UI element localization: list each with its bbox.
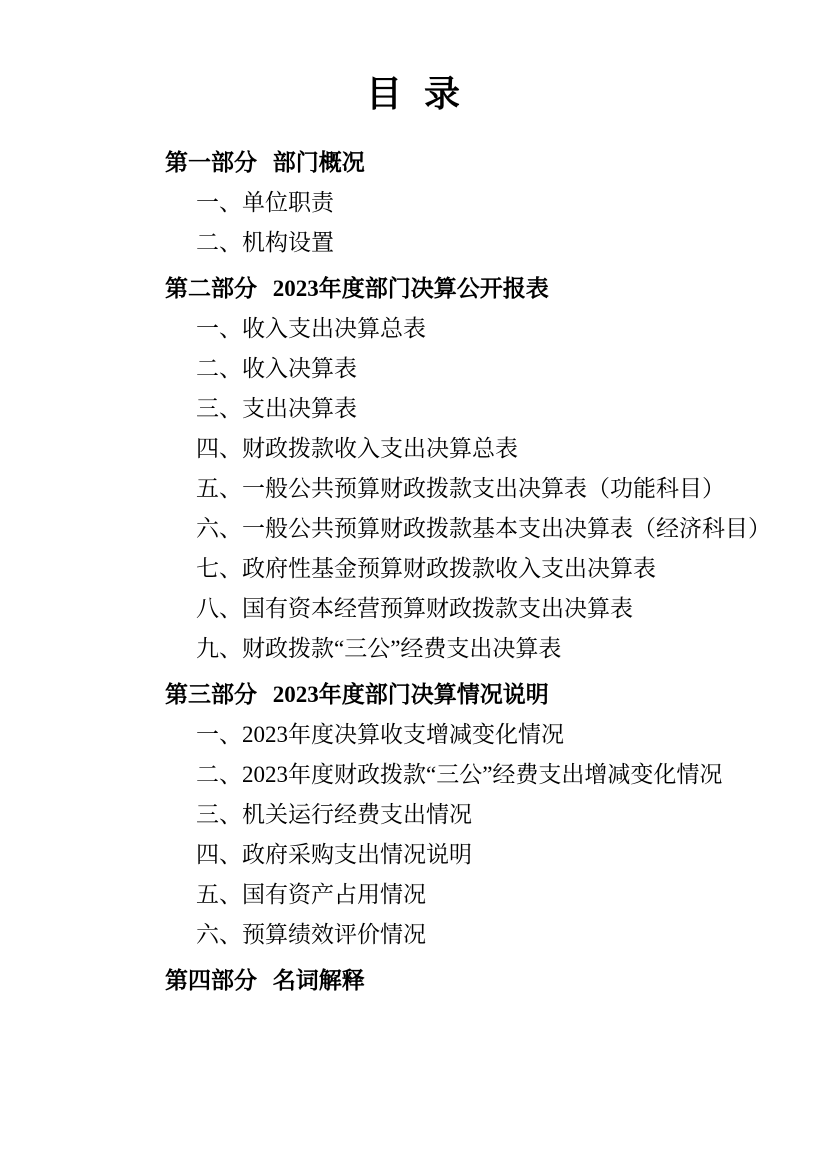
toc-section-1: 第一部分 部门概况 一、单位职责 二、机构设置 [165, 143, 787, 263]
toc-item: 六、预算绩效评价情况 [196, 915, 787, 955]
toc-item: 二、收入决算表 [196, 349, 787, 389]
toc-item: 五、一般公共预算财政拨款支出决算表（功能科目） [196, 469, 787, 509]
section-heading: 第三部分 2023年度部门决算情况说明 [165, 675, 787, 715]
toc-item: 九、财政拨款“三公”经费支出决算表 [196, 629, 787, 669]
toc-item: 一、收入支出决算总表 [196, 309, 787, 349]
section-heading: 第二部分 2023年度部门决算公开报表 [165, 269, 787, 309]
toc-item: 二、机构设置 [196, 223, 787, 263]
toc-section-3: 第三部分 2023年度部门决算情况说明 一、2023年度决算收支增减变化情况 二… [165, 675, 787, 955]
toc-item: 五、国有资产占用情况 [196, 875, 787, 915]
toc-item: 二、2023年度财政拨款“三公”经费支出增减变化情况 [196, 755, 787, 795]
toc-content: 第一部分 部门概况 一、单位职责 二、机构设置 第二部分 2023年度部门决算公… [165, 143, 787, 1001]
document-page: 目 录 第一部分 部门概况 一、单位职责 二、机构设置 第二部分 2023年度部… [0, 0, 827, 1170]
page-title: 目 录 [0, 74, 827, 114]
toc-item: 三、支出决算表 [196, 389, 787, 429]
toc-item: 四、政府采购支出情况说明 [196, 835, 787, 875]
toc-item: 一、2023年度决算收支增减变化情况 [196, 715, 787, 755]
toc-item: 一、单位职责 [196, 183, 787, 223]
toc-item: 八、国有资本经营预算财政拨款支出决算表 [196, 589, 787, 629]
toc-item: 七、政府性基金预算财政拨款收入支出决算表 [196, 549, 787, 589]
toc-item: 六、一般公共预算财政拨款基本支出决算表（经济科目） [196, 509, 787, 549]
toc-item: 四、财政拨款收入支出决算总表 [196, 429, 787, 469]
toc-section-2: 第二部分 2023年度部门决算公开报表 一、收入支出决算总表 二、收入决算表 三… [165, 269, 787, 669]
toc-item: 三、机关运行经费支出情况 [196, 795, 787, 835]
toc-section-4: 第四部分 名词解释 [165, 961, 787, 1001]
section-heading: 第一部分 部门概况 [165, 143, 787, 183]
section-heading: 第四部分 名词解释 [165, 961, 787, 1001]
